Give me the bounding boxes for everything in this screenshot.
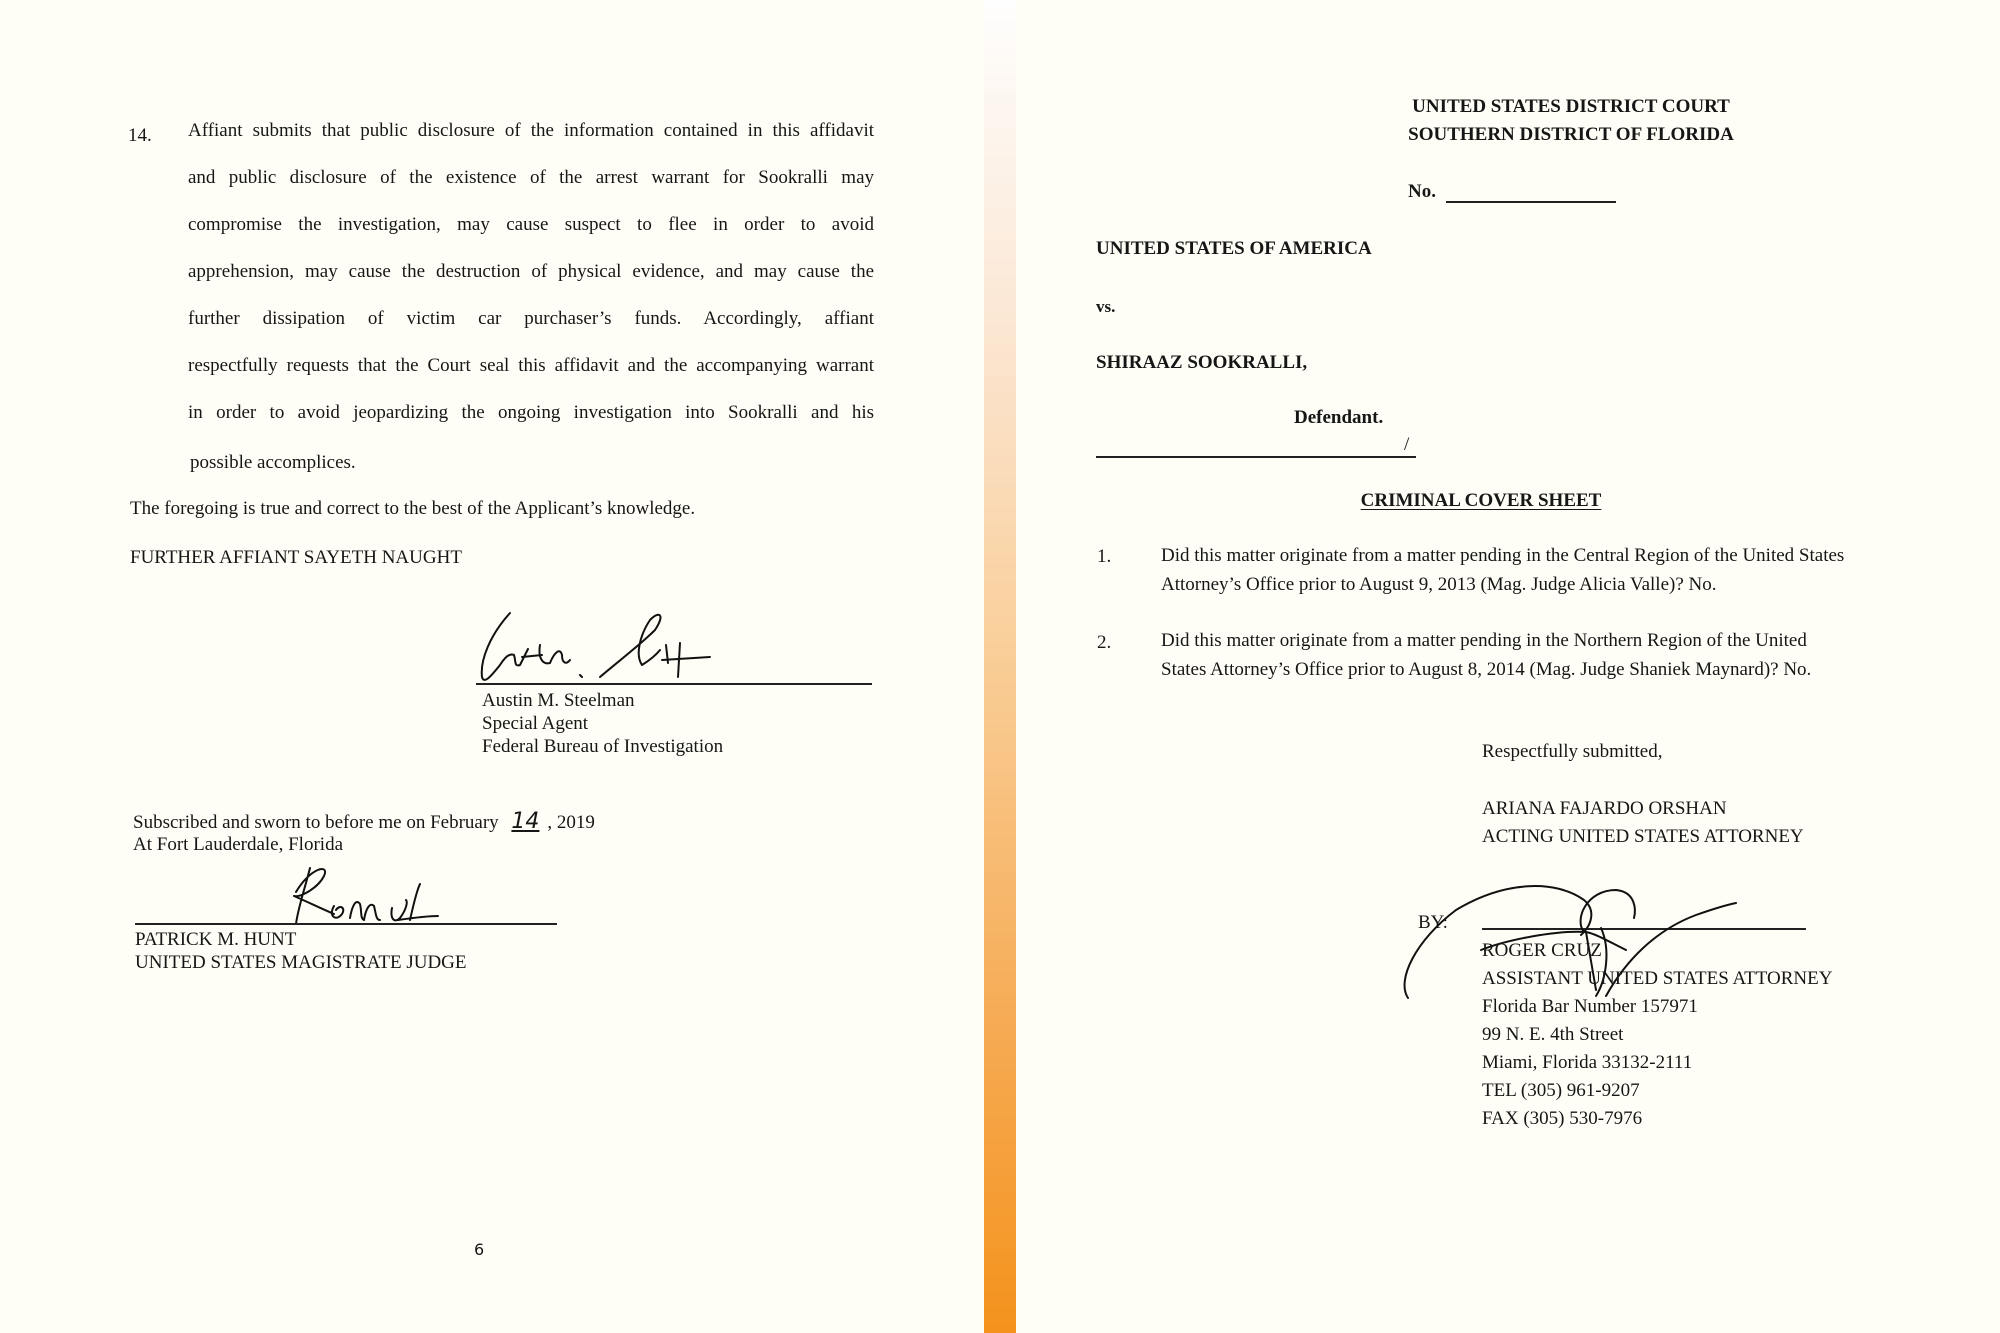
cover-item-line: States Attorney’s Office prior to August… <box>1161 659 1811 681</box>
bar-number: Florida Bar Number 157971 <box>1482 996 1698 1018</box>
defendant-label: Defendant. <box>1294 407 1383 429</box>
judge-name: PATRICK M. HUNT <box>135 929 296 951</box>
paragraph-line: Affiant submits that public disclosure o… <box>188 120 874 142</box>
case-number-field[interactable] <box>1446 201 1616 203</box>
affidavit-page: 14. Affiant submits that public disclosu… <box>0 0 984 1333</box>
page-gutter <box>984 0 1016 1333</box>
affiant-signature-line <box>476 683 872 685</box>
us-attorney-name: ARIANA FAJARDO ORSHAN <box>1482 798 1727 820</box>
court-name: UNITED STATES DISTRICT COURT <box>1306 96 1836 118</box>
affiant-name: Austin M. Steelman <box>482 690 635 712</box>
affiant-signature <box>470 605 890 685</box>
judge-signature-line <box>135 923 557 925</box>
sworn-year: , 2019 <box>547 812 595 833</box>
us-attorney-title: ACTING UNITED STATES ATTORNEY <box>1482 826 1804 848</box>
affiant-title: Special Agent <box>482 713 588 735</box>
cover-item-line: Did this matter originate from a matter … <box>1161 630 1807 652</box>
document-title: CRIMINAL COVER SHEET <box>1216 490 1746 512</box>
criminal-cover-sheet-page: UNITED STATES DISTRICT COURT SOUTHERN DI… <box>1016 0 2000 1333</box>
paragraph-line: in order to avoid jeopardizing the ongoi… <box>188 402 874 424</box>
cover-item-line: Attorney’s Office prior to August 9, 201… <box>1161 574 1716 596</box>
cover-item-number: 2. <box>1097 632 1111 654</box>
paragraph-number: 14. <box>128 125 152 147</box>
address-line-2: Miami, Florida 33132-2111 <box>1482 1052 1692 1074</box>
telephone-number: TEL (305) 961-9207 <box>1482 1080 1640 1102</box>
paragraph-line: further dissipation of victim car purcha… <box>188 308 874 330</box>
fax-number: FAX (305) 530-7976 <box>1482 1108 1642 1130</box>
sworn-day: 14 <box>503 809 547 834</box>
sworn-location: At Fort Lauderdale, Florida <box>133 834 343 856</box>
paragraph-line: compromise the investigation, may cause … <box>188 214 874 236</box>
caption-line <box>1096 456 1416 458</box>
versus-label: vs. <box>1096 296 1115 318</box>
signer-name: ROGER CRUZ <box>1482 940 1602 962</box>
plaintiff-name: UNITED STATES OF AMERICA <box>1096 238 1372 260</box>
attestation-text: The foregoing is true and correct to the… <box>130 498 695 520</box>
affiant-agency: Federal Bureau of Investigation <box>482 736 723 758</box>
cover-item-number: 1. <box>1097 546 1111 568</box>
judge-signature <box>280 858 520 928</box>
sworn-prefix: Subscribed and sworn to before me on Feb… <box>133 812 499 833</box>
address-line-1: 99 N. E. 4th Street <box>1482 1024 1623 1046</box>
caption-slash: / <box>1404 434 1409 456</box>
respectfully-submitted: Respectfully submitted, <box>1482 741 1662 763</box>
paragraph-line: respectfully requests that the Court sea… <box>188 355 874 377</box>
paragraph-line: and public disclosure of the existence o… <box>188 167 874 189</box>
defendant-name: SHIRAAZ SOOKRALLI, <box>1096 352 1307 374</box>
paragraph-line: possible accomplices. <box>190 452 356 474</box>
page-number: 6 <box>474 1240 484 1259</box>
paragraph-line: apprehension, may cause the destruction … <box>188 261 874 283</box>
case-number-label: No. <box>1408 181 1436 203</box>
cover-item-line: Did this matter originate from a matter … <box>1161 545 1844 567</box>
judge-title: UNITED STATES MAGISTRATE JUDGE <box>135 952 467 974</box>
court-district: SOUTHERN DISTRICT OF FLORIDA <box>1306 124 1836 146</box>
closing-statement: FURTHER AFFIANT SAYETH NAUGHT <box>130 547 462 569</box>
signer-title: ASSISTANT UNITED STATES ATTORNEY <box>1482 968 1832 990</box>
sworn-statement: Subscribed and sworn to before me on Feb… <box>133 811 595 834</box>
